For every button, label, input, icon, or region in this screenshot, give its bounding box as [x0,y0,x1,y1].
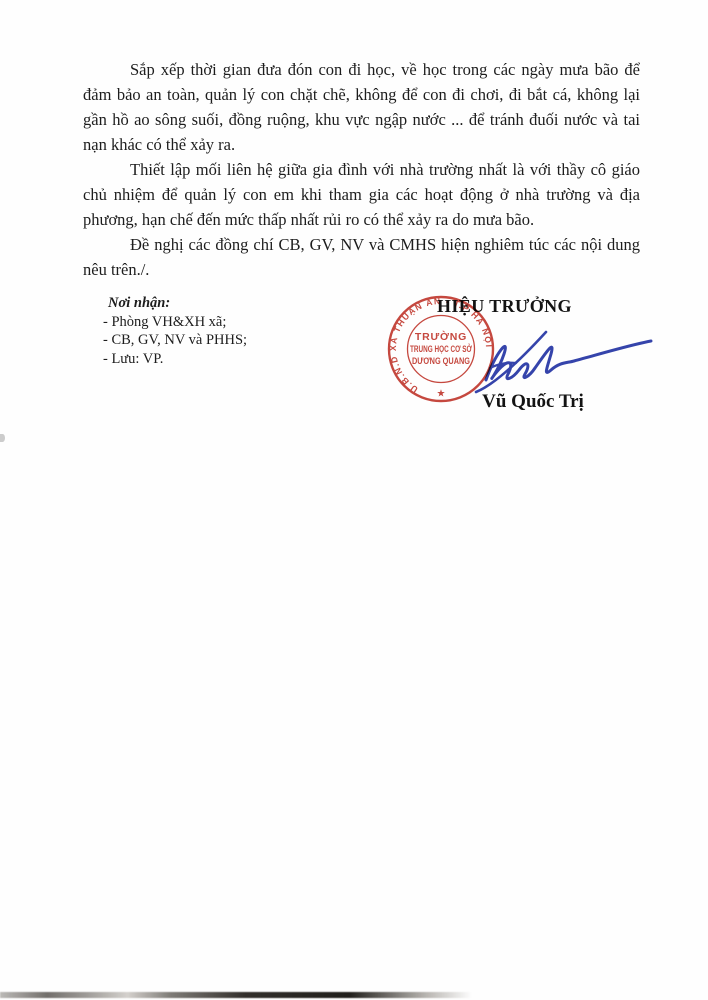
scanned-document-page: Sắp xếp thời gian đưa đón con đi học, về… [0,0,708,1000]
recipients-block: Nơi nhận: - Phòng VH&XH xã; - CB, GV, NV… [103,294,247,368]
recipient-item: - Phòng VH&XH xã; [103,313,247,332]
paragraph-request: Đề nghị các đồng chí CB, GV, NV và CMHS … [83,232,640,282]
scan-edge-artifact [0,992,472,998]
paragraph-family-school-link: Thiết lập mối liên hệ giữa gia đình với … [83,157,640,232]
recipient-item: - CB, GV, NV và PHHS; [103,331,247,350]
scan-spot-artifact [0,434,5,442]
document-body: Sắp xếp thời gian đưa đón con đi học, về… [83,57,640,282]
paragraph-schedule-safety: Sắp xếp thời gian đưa đón con đi học, về… [83,57,640,157]
handwritten-signature [438,312,663,407]
recipient-item: - Lưu: VP. [103,350,247,369]
recipients-label: Nơi nhận: [108,294,247,313]
